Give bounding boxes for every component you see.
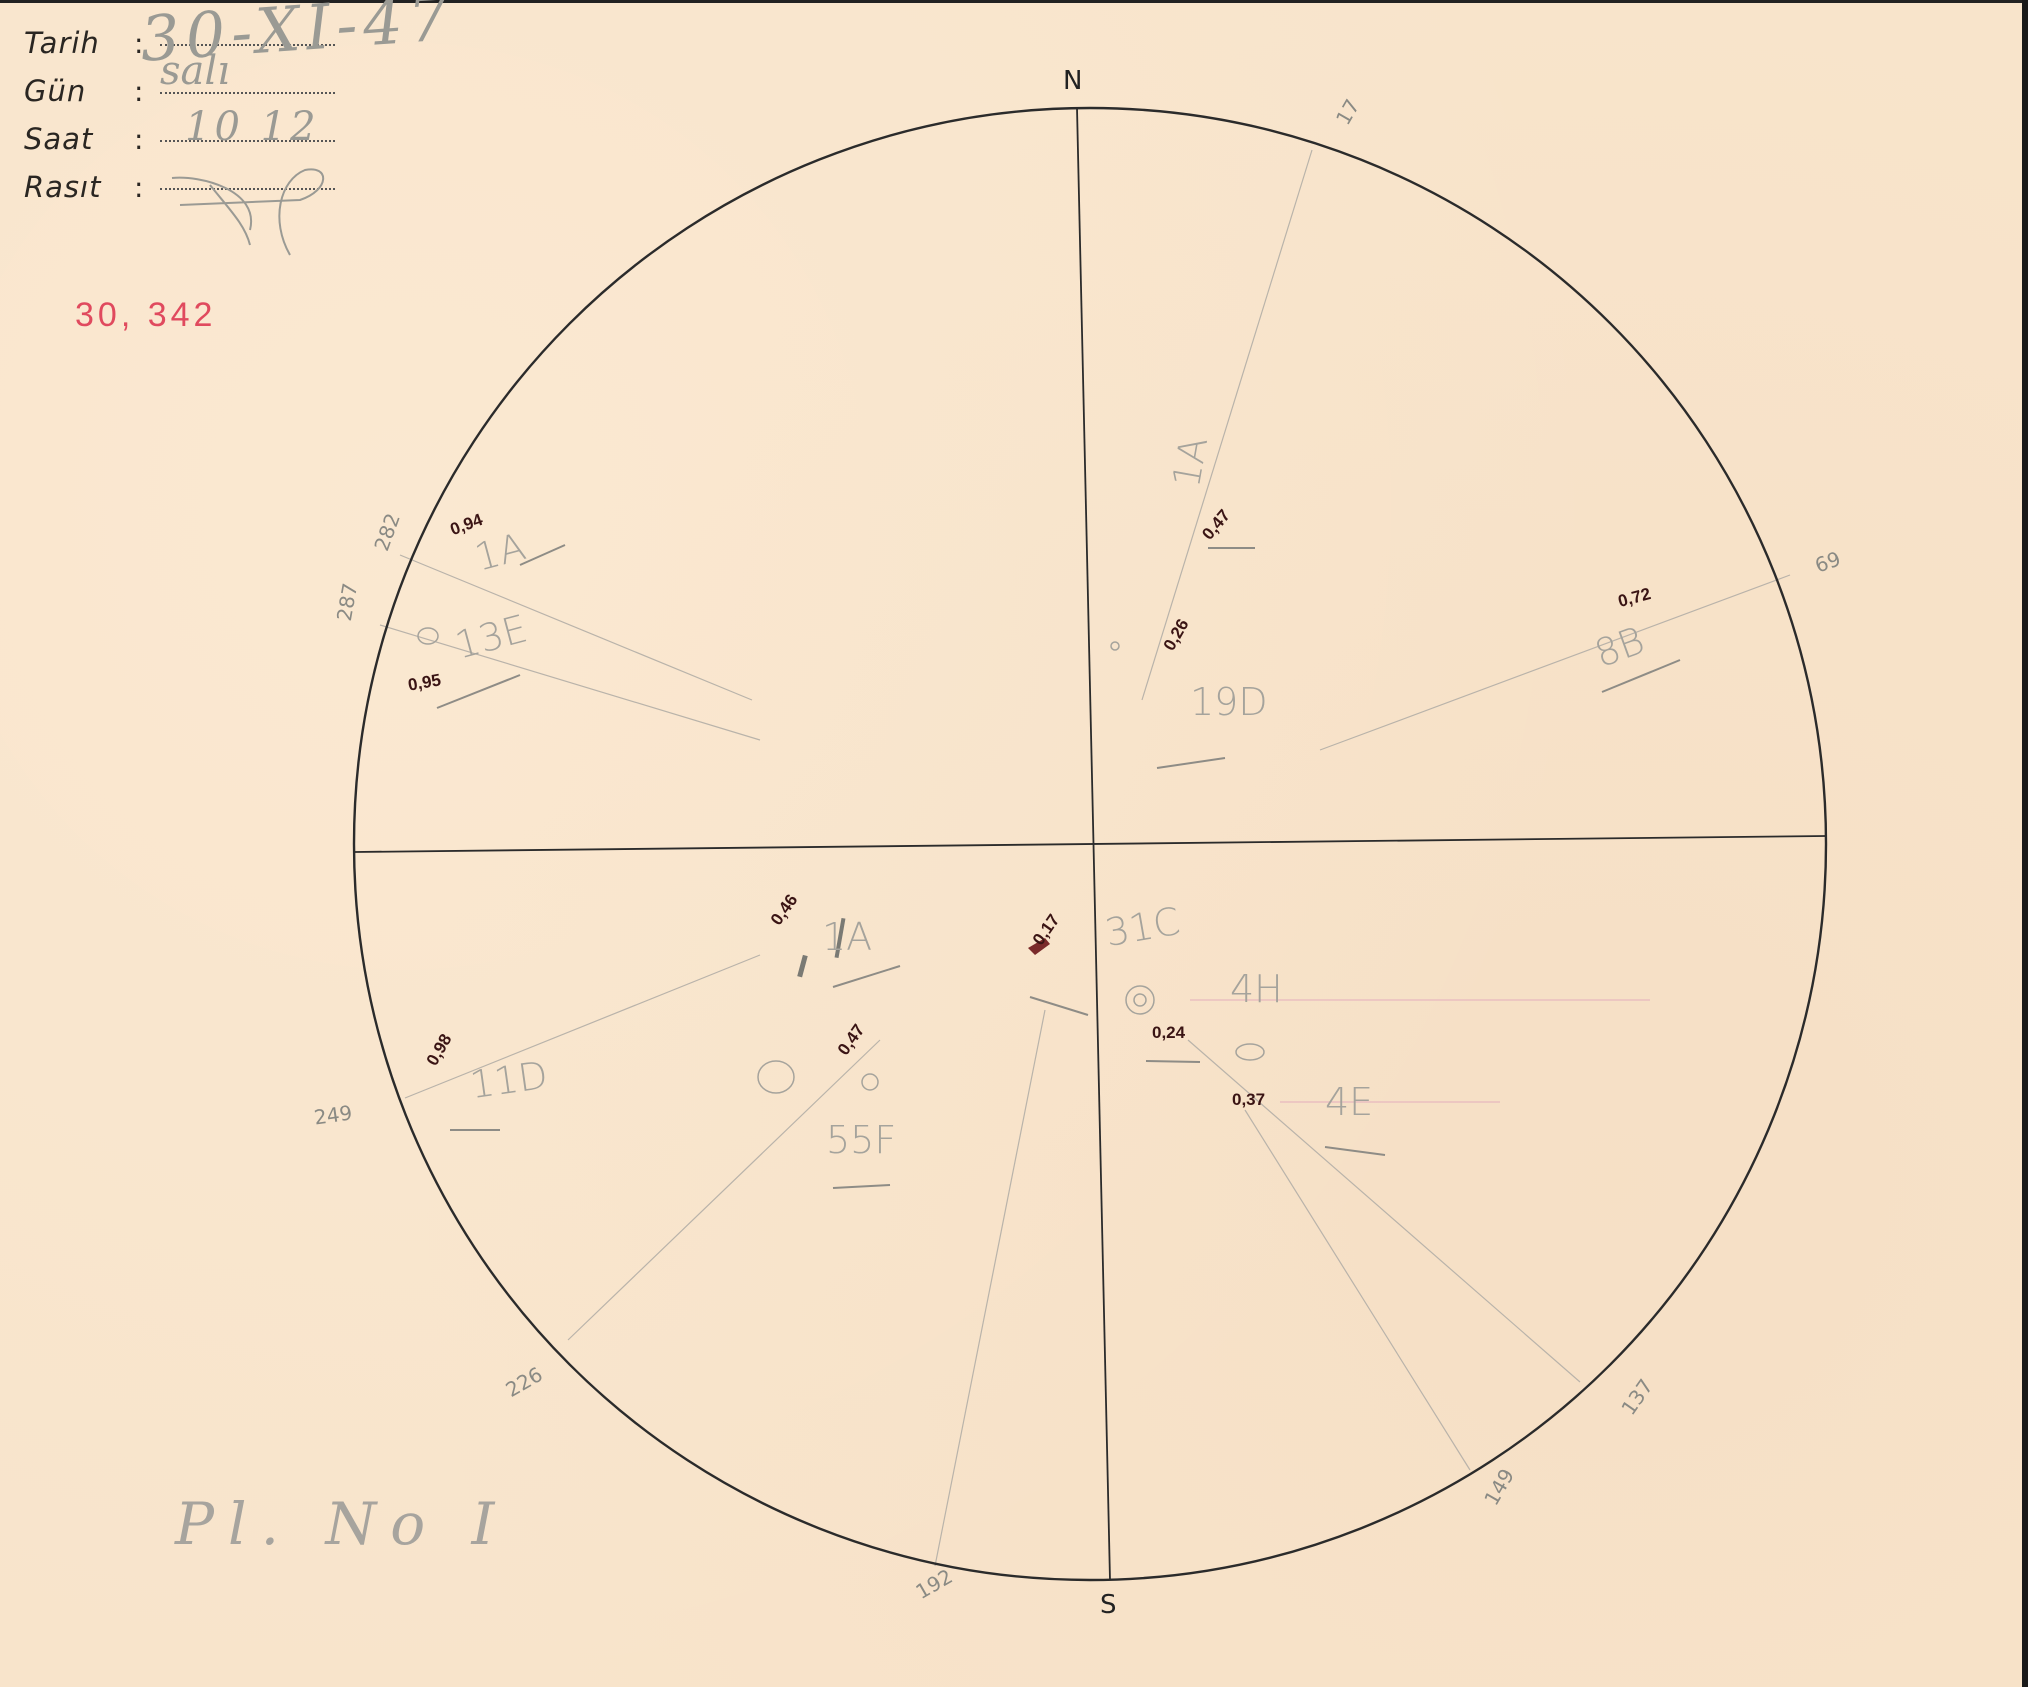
group-label-1a-top: 1A xyxy=(1164,433,1216,490)
group-label-4h: 4H xyxy=(1230,967,1283,1011)
sunspot-sketches xyxy=(418,628,1264,1093)
group-label-19d: 19D xyxy=(1190,680,1268,724)
plate-number-label: Pl. No I xyxy=(175,1490,508,1558)
group-label-55f: 55F xyxy=(826,1118,896,1162)
group-label-4e: 4E xyxy=(1325,1080,1373,1124)
east-west-axis xyxy=(355,836,1826,852)
group-underlines xyxy=(437,545,1680,1188)
measurement-0-24: 0,24 xyxy=(1152,1023,1185,1043)
south-label: S xyxy=(1100,1590,1117,1620)
north-label: N xyxy=(1063,66,1082,96)
pencil-guide-lines xyxy=(380,150,1790,1566)
group-label-1a-center: 1A xyxy=(822,915,872,959)
measurement-0-37: 0,37 xyxy=(1232,1090,1265,1110)
solar-disk-diagram xyxy=(0,0,2028,1687)
